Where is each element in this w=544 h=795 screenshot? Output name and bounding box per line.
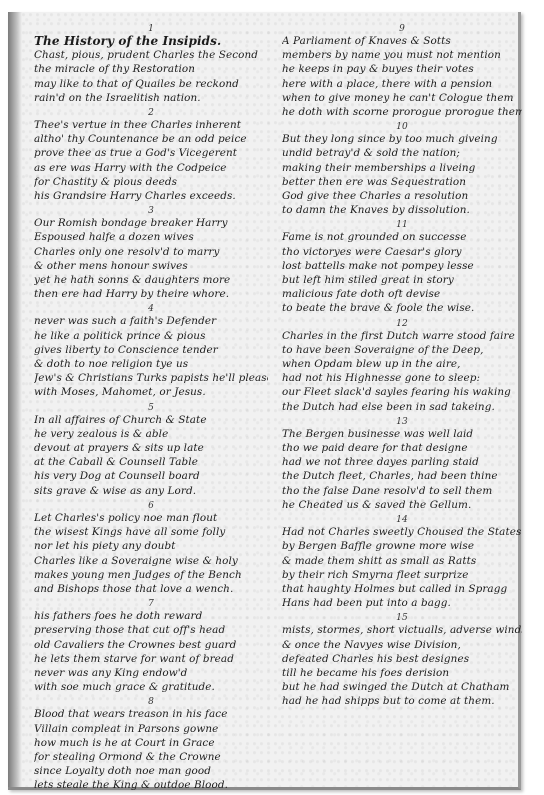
verse-line: had he had shipps but to come at them. bbox=[282, 694, 522, 708]
verse-line: by Bergen Baffle growne more wise bbox=[282, 539, 522, 553]
verse-line: tho the false Dane resolv'd to sell them bbox=[282, 484, 522, 498]
page-spine-shadow bbox=[8, 12, 22, 787]
verse-line: devout at prayers & sits up late bbox=[34, 441, 268, 455]
verse-line: how much is he at Court in Grace bbox=[34, 736, 268, 750]
verse-line: when Opdam blew up in the aire, bbox=[282, 357, 522, 371]
stanza-number: 4 bbox=[34, 304, 268, 314]
stanza-number: 8 bbox=[34, 697, 268, 707]
stanza: 8Blood that wears treason in his faceVil… bbox=[34, 697, 268, 792]
verse-line: never was any King endow'd bbox=[34, 666, 268, 680]
verse-line: since Loyalty doth noe man good bbox=[34, 764, 268, 778]
stanza: 4never was such a faith's Defenderhe lik… bbox=[34, 304, 268, 399]
stanza-number: 1 bbox=[34, 24, 268, 34]
verse-line: the Dutch fleet, Charles, had been thine bbox=[282, 469, 522, 483]
verse-line: he like a politick prince & pious bbox=[34, 329, 268, 343]
verse-line: by their rich Smyrna fleet surprize bbox=[282, 568, 522, 582]
stanza: 5In all affaires of Church & Statehe ver… bbox=[34, 403, 268, 498]
verse-line: till he became his foes derision bbox=[282, 666, 522, 680]
stanza: 15mists, stormes, short victualls, adver… bbox=[282, 613, 522, 708]
verse-line: God give thee Charles a resolution bbox=[282, 189, 522, 203]
verse-line: sits grave & wise as any Lord. bbox=[34, 484, 268, 498]
verse-line: and Bishops those that love a wench. bbox=[34, 582, 268, 596]
verse-line: he Cheated us & saved the Gellum. bbox=[282, 498, 522, 512]
verse-line: A Parliament of Knaves & Sotts bbox=[282, 34, 522, 48]
stanza-number: 2 bbox=[34, 108, 268, 118]
verse-line: but he had swinged the Dutch at Chatham bbox=[282, 680, 522, 694]
verse-line: Thee's vertue in thee Charles inherent bbox=[34, 118, 268, 132]
verse-line: may like to that of Quailes be reckond bbox=[34, 77, 268, 91]
stanza-number: 6 bbox=[34, 501, 268, 511]
document-title: The History of the Insipids. bbox=[34, 34, 268, 48]
stanza: 14Had not Charles sweetly Choused the St… bbox=[282, 515, 522, 610]
stanza: 2Thee's vertue in thee Charles inherenta… bbox=[34, 108, 268, 203]
verse-line: for stealing Ormond & the Crowne bbox=[34, 750, 268, 764]
stanza-number: 9 bbox=[282, 24, 522, 34]
verse-line: making their memberships a liveing bbox=[282, 161, 522, 175]
verse-line: tho victoryes were Caesar's glory bbox=[282, 245, 522, 259]
verse-line: altho' thy Countenance be an odd peice bbox=[34, 132, 268, 146]
verse-line: Let Charles's policy noe man flout bbox=[34, 511, 268, 525]
verse-line: In all affaires of Church & State bbox=[34, 413, 268, 427]
verse-line: Charles only one resolv'd to marry bbox=[34, 245, 268, 259]
verse-line: had not his Highnesse gone to sleep: bbox=[282, 371, 522, 385]
stanza: 12Charles in the first Dutch warre stood… bbox=[282, 319, 522, 414]
verse-line: prove thee as true a God's Vicegerent bbox=[34, 146, 268, 160]
stanza: 1The History of the Insipids.Chast, piou… bbox=[34, 24, 268, 105]
stanza-number: 14 bbox=[282, 515, 522, 525]
verse-line: & once the Navyes wise Division, bbox=[282, 638, 522, 652]
verse-line: & doth to noe religion tye us bbox=[34, 357, 268, 371]
stanza-number: 7 bbox=[34, 599, 268, 609]
verse-line: his Grandsire Harry Charles exceeds. bbox=[34, 189, 268, 203]
verse-line: had we not three dayes parling staid bbox=[282, 455, 522, 469]
verse-line: The Bergen businesse was well laid bbox=[282, 427, 522, 441]
verse-line: Had not Charles sweetly Choused the Stat… bbox=[282, 525, 522, 539]
verse-line: with soe much grace & gratitude. bbox=[34, 680, 268, 694]
verse-line: gives liberty to Conscience tender bbox=[34, 343, 268, 357]
verse-line: tho we paid deare for that designe bbox=[282, 441, 522, 455]
verse-line: Hans had been put into a bagg. bbox=[282, 596, 522, 610]
verse-line: here with a place, there with a pension bbox=[282, 77, 522, 91]
verse-line: rain'd on the Israelitish nation. bbox=[34, 91, 268, 105]
verse-line: our Fleet slack'd sayles fearing his wak… bbox=[282, 385, 522, 399]
verse-line: at the Caball & Counsell Table bbox=[34, 455, 268, 469]
verse-line: malicious fate doth oft devise bbox=[282, 287, 522, 301]
verse-line: he doth with scorne prorogue prorogue th… bbox=[282, 105, 522, 119]
left-column: 1The History of the Insipids.Chast, piou… bbox=[34, 24, 268, 795]
verse-line: old Cavaliers the Crownes best guard bbox=[34, 638, 268, 652]
verse-line: the wisest Kings have all some folly bbox=[34, 525, 268, 539]
stanza: 6Let Charles's policy noe man floutthe w… bbox=[34, 501, 268, 596]
verse-line: he very zealous is & able bbox=[34, 427, 268, 441]
verse-line: Chast, pious, prudent Charles the Second bbox=[34, 48, 268, 62]
verse-line: defeated Charles his best designes bbox=[282, 652, 522, 666]
verse-line: Espoused halfe a dozen wives bbox=[34, 230, 268, 244]
stanza-number: 3 bbox=[34, 206, 268, 216]
stanza-number: 11 bbox=[282, 220, 522, 230]
verse-line: nor let his piety any doubt bbox=[34, 539, 268, 553]
verse-line: lost battells make not pompey lesse bbox=[282, 259, 522, 273]
verse-line: to damn the Knaves by dissolution. bbox=[282, 203, 522, 217]
stanza: 13The Bergen businesse was well laidtho … bbox=[282, 417, 522, 512]
verse-line: with Moses, Mahomet, or Jesus. bbox=[34, 385, 268, 399]
verse-line: to beate the brave & foole the wise. bbox=[282, 301, 522, 315]
verse-line: mists, stormes, short victualls, adverse… bbox=[282, 623, 522, 637]
verse-line: for Chastity & pious deeds bbox=[34, 175, 268, 189]
verse-line: that haughty Holmes but called in Spragg bbox=[282, 582, 522, 596]
verse-line: But they long since by too much giveing bbox=[282, 132, 522, 146]
verse-line: then ere had Harry by theire whore. bbox=[34, 287, 268, 301]
verse-line: undid betray'd & sold the nation; bbox=[282, 146, 522, 160]
verse-line: Fame is not grounded on successe bbox=[282, 230, 522, 244]
verse-line: he keeps in pay & buyes their votes bbox=[282, 62, 522, 76]
stanza-number: 12 bbox=[282, 319, 522, 329]
verse-line: & made them shitt as small as Ratts bbox=[282, 554, 522, 568]
verse-line: to have been Soveraigne of the Deep, bbox=[282, 343, 522, 357]
verse-line: preserving those that cut off's head bbox=[34, 623, 268, 637]
right-column: 9A Parliament of Knaves & Sottsmembers b… bbox=[282, 24, 522, 712]
stanza-number: 10 bbox=[282, 122, 522, 132]
verse-line: members by name you must not mention bbox=[282, 48, 522, 62]
stanza: 11Fame is not grounded on successetho vi… bbox=[282, 220, 522, 315]
verse-line: but left him stiled great in story bbox=[282, 273, 522, 287]
stanza-number: 13 bbox=[282, 417, 522, 427]
verse-line: the miracle of thy Restoration bbox=[34, 62, 268, 76]
verse-line: yet he hath sonns & daughters more bbox=[34, 273, 268, 287]
verse-line: never was such a faith's Defender bbox=[34, 314, 268, 328]
verse-line: the Dutch had else been in sad takeing. bbox=[282, 400, 522, 414]
verse-line: lets steale the King & outdoe Blood. bbox=[34, 778, 268, 792]
verse-line: Charles in the first Dutch warre stood f… bbox=[282, 329, 522, 343]
stanza-number: 15 bbox=[282, 613, 522, 623]
stanza-number: 5 bbox=[34, 403, 268, 413]
verse-line: as ere was Harry with the Codpeice bbox=[34, 161, 268, 175]
verse-line: makes young men Judges of the Bench bbox=[34, 568, 268, 582]
verse-line: & other mens honour swives bbox=[34, 259, 268, 273]
stanza: 3Our Romish bondage breaker HarryEspouse… bbox=[34, 206, 268, 301]
stanza: 9A Parliament of Knaves & Sottsmembers b… bbox=[282, 24, 522, 119]
verse-line: Our Romish bondage breaker Harry bbox=[34, 216, 268, 230]
verse-line: Blood that wears treason in his face bbox=[34, 707, 268, 721]
stanza: 7his fathers foes he doth rewardpreservi… bbox=[34, 599, 268, 694]
verse-line: Jew's & Christians Turks papists he'll p… bbox=[34, 371, 268, 385]
stanza: 10But they long since by too much givein… bbox=[282, 122, 522, 217]
verse-line: Villain compleat in Parsons gowne bbox=[34, 722, 268, 736]
verse-line: better then ere was Sequestration bbox=[282, 175, 522, 189]
verse-line: he lets them starve for want of bread bbox=[34, 652, 268, 666]
verse-line: when to give money he can't Cologue them bbox=[282, 91, 522, 105]
verse-line: his very Dog at Counsell board bbox=[34, 469, 268, 483]
verse-line: his fathers foes he doth reward bbox=[34, 609, 268, 623]
verse-line: Charles like a Soveraigne wise & holy bbox=[34, 554, 268, 568]
